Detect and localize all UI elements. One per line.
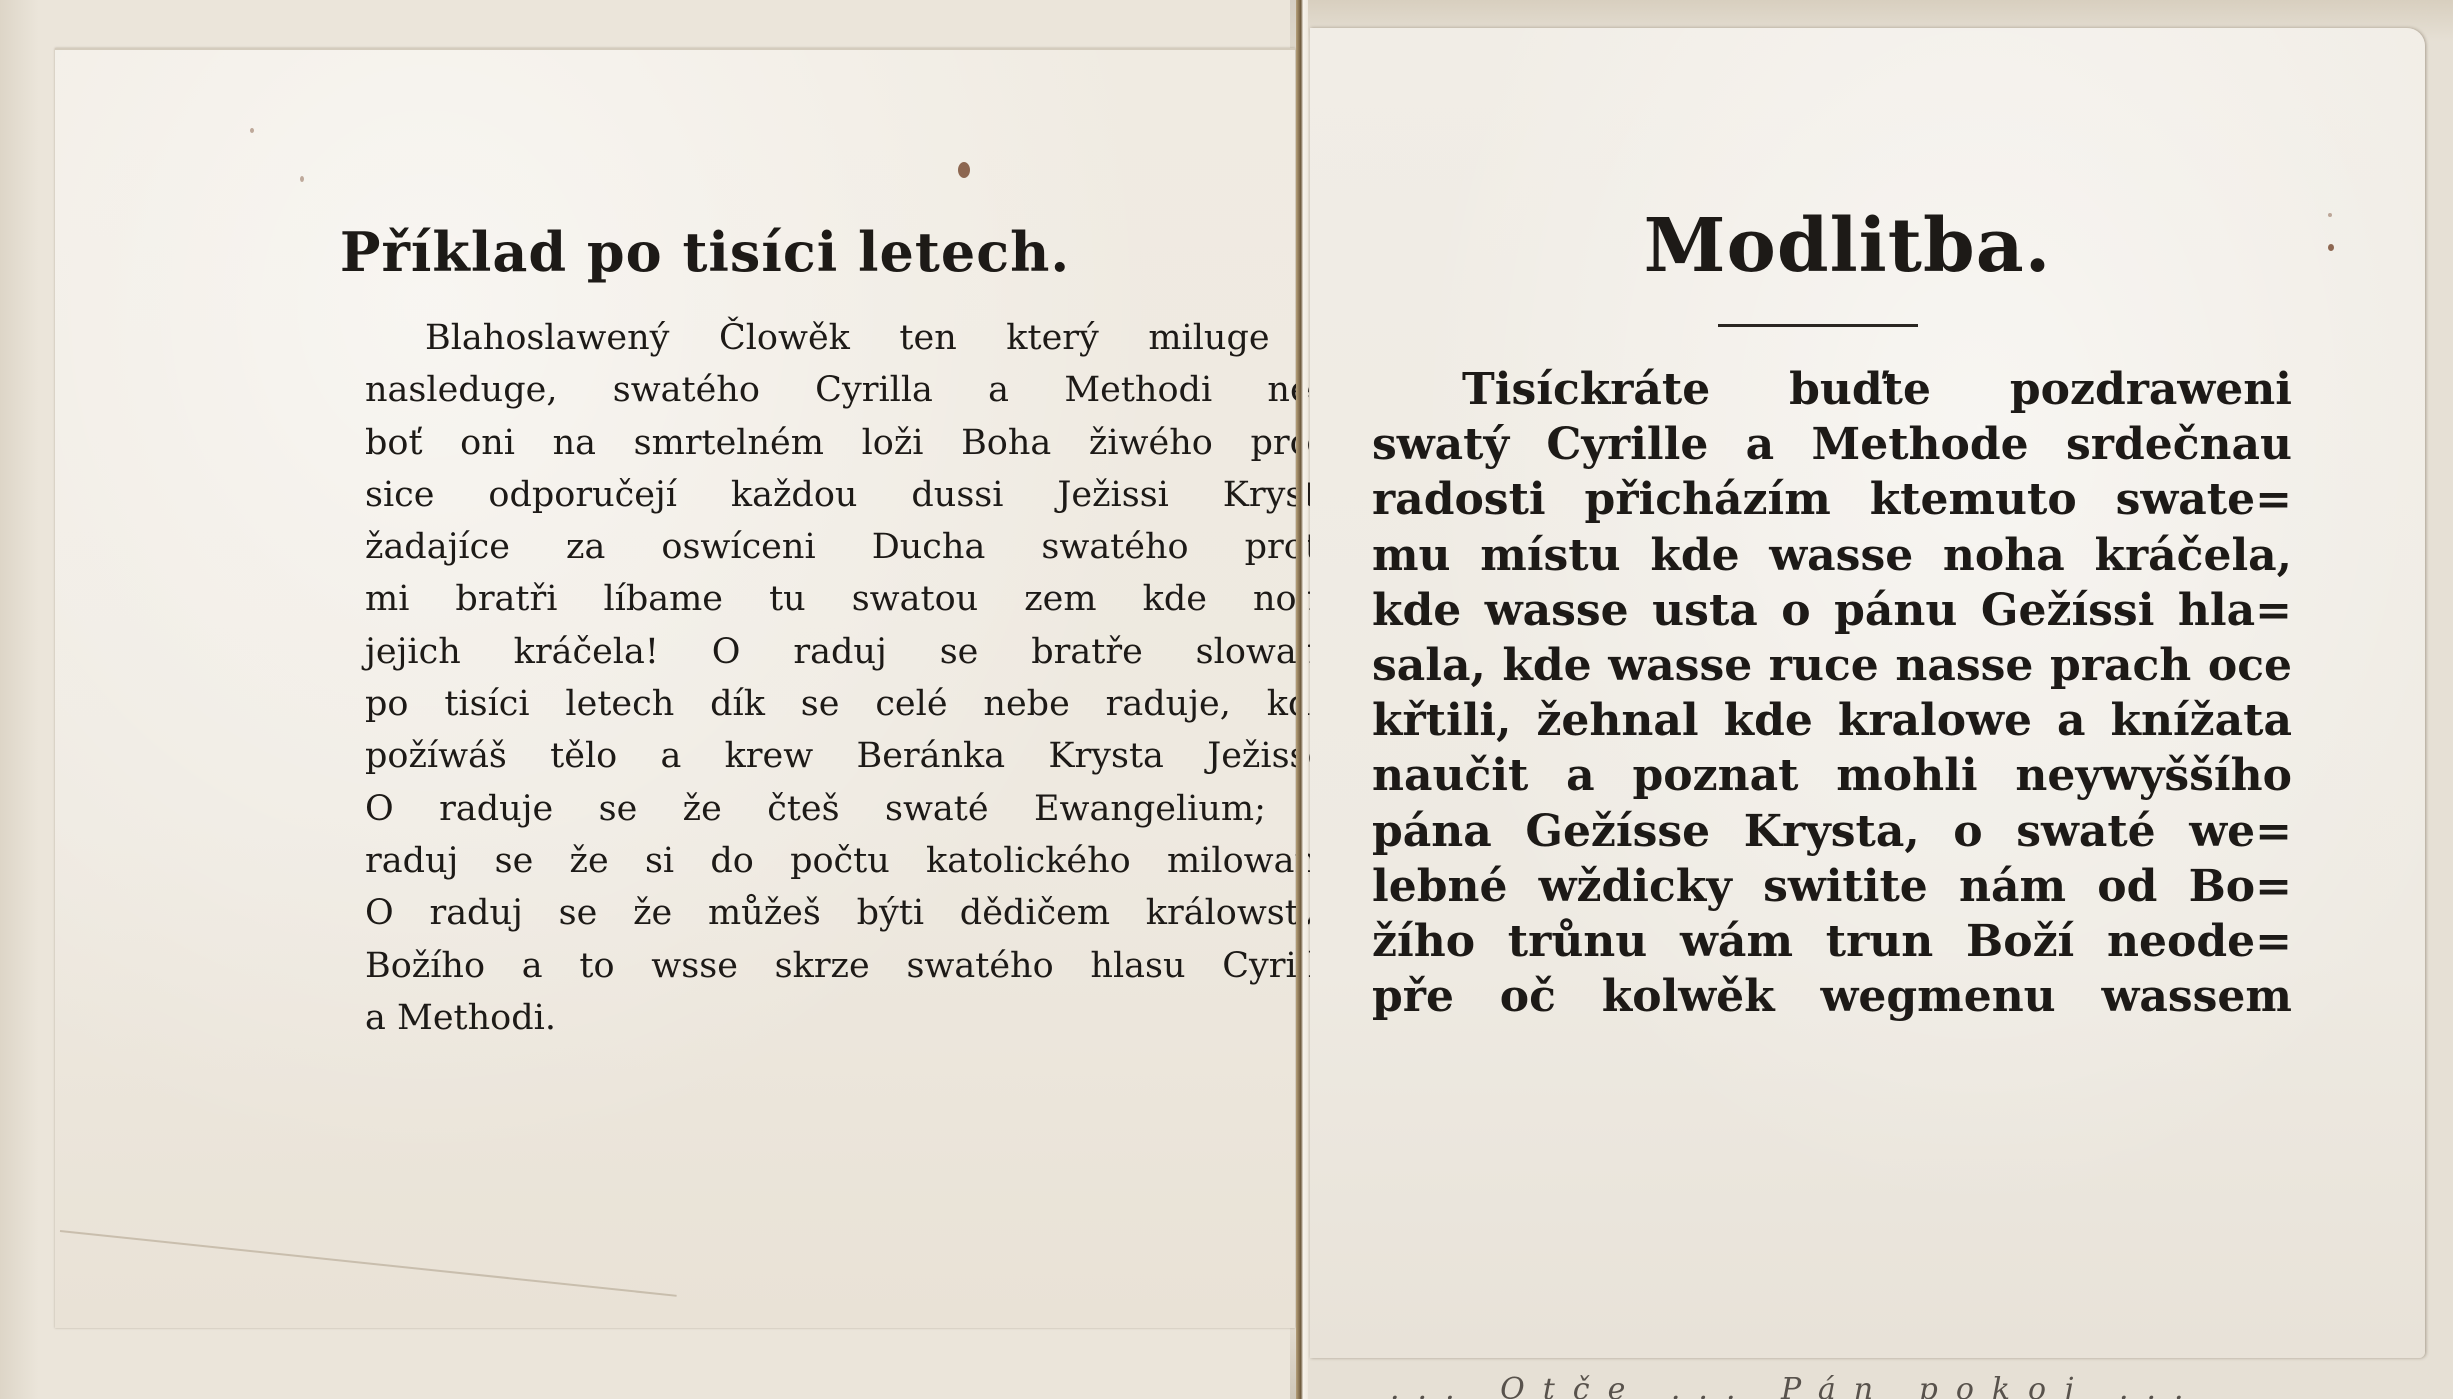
right-page-text: Tisíckráte buďte pozdraweni swatý Cyrill… (1372, 362, 2292, 1024)
text-line: jejich kráčela! O raduj se bratře slowan… (365, 626, 1340, 678)
text-line: Božího a to wsse skrze swatého hlasu Cyr… (365, 940, 1340, 992)
underlying-page-text: ... Otče ... Pán pokoj ... (1390, 1372, 2202, 1399)
book-spine (1296, 0, 1308, 1399)
title-divider-rule (1718, 324, 1918, 327)
text-line: Blahoslawený Člowěk ten který miluge a (365, 312, 1340, 364)
text-line: lebné wždicky switite nám od Bo= (1372, 859, 2292, 914)
text-line: žadajíce za oswíceni Ducha swatého proto (365, 521, 1340, 573)
text-line: O raduje se že čteš swaté Ewangelium; O (365, 783, 1340, 835)
left-page-text: Blahoslawený Člowěk ten který miluge a n… (365, 312, 1340, 1044)
ink-stain (958, 162, 970, 178)
text-line: po tisíci letech dík se celé nebe raduje… (365, 678, 1340, 730)
text-line: nasleduge, swatého Cyrilla a Methodi ne= (365, 364, 1340, 416)
text-line: radosti přicházím ktemuto swate= (1372, 472, 2292, 527)
text-line: O raduj se že můžeš býti dědičem králows… (365, 887, 1340, 939)
text-line: naučit a poznat mohli neywyššího (1372, 748, 2292, 803)
page-title-right: Modlitba. (1310, 203, 2425, 289)
right-page: Modlitba. Tisíckráte buďte pozdraweni sw… (1310, 28, 2425, 1358)
page-title-left: Příklad po tisíci letech. (55, 220, 1295, 284)
text-line: kde wasse usta o pánu Gežíssi hla= (1372, 583, 2292, 638)
text-line: mi bratři líbame tu swatou zem kde noha (365, 573, 1340, 625)
ink-stain (300, 176, 304, 182)
text-line: pře oč kolwěk wegmenu wassem (1372, 969, 2292, 1024)
text-line: swatý Cyrille a Methode srdečnau (1372, 417, 2292, 472)
text-line: sala, kde wasse ruce nasse prach oce (1372, 638, 2292, 693)
text-line: žího trůnu wám trun Boží neode= (1372, 914, 2292, 969)
left-page: Příklad po tisíci letech. Blahoslawený Č… (55, 48, 1295, 1328)
text-line: mu místu kde wasse noha kráčela, (1372, 528, 2292, 583)
text-line: pána Gežísse Krysta, o swaté we= (1372, 804, 2292, 859)
text-line: požíwáš tělo a krew Beránka Krysta Ježis… (365, 730, 1340, 782)
text-line: křtili, žehnal kde kralowe a knížata (1372, 693, 2292, 748)
text-line: boť oni na smrtelném loži Boha žiwého pr… (365, 417, 1340, 469)
text-line: raduj se že si do počtu katolického milo… (365, 835, 1340, 887)
text-line: sice odporučejí každou dussi Ježissi Kry… (365, 469, 1340, 521)
text-line: a Methodi. (365, 992, 1340, 1044)
ink-stain (250, 128, 254, 133)
text-line: Tisíckráte buďte pozdraweni (1372, 362, 2292, 417)
